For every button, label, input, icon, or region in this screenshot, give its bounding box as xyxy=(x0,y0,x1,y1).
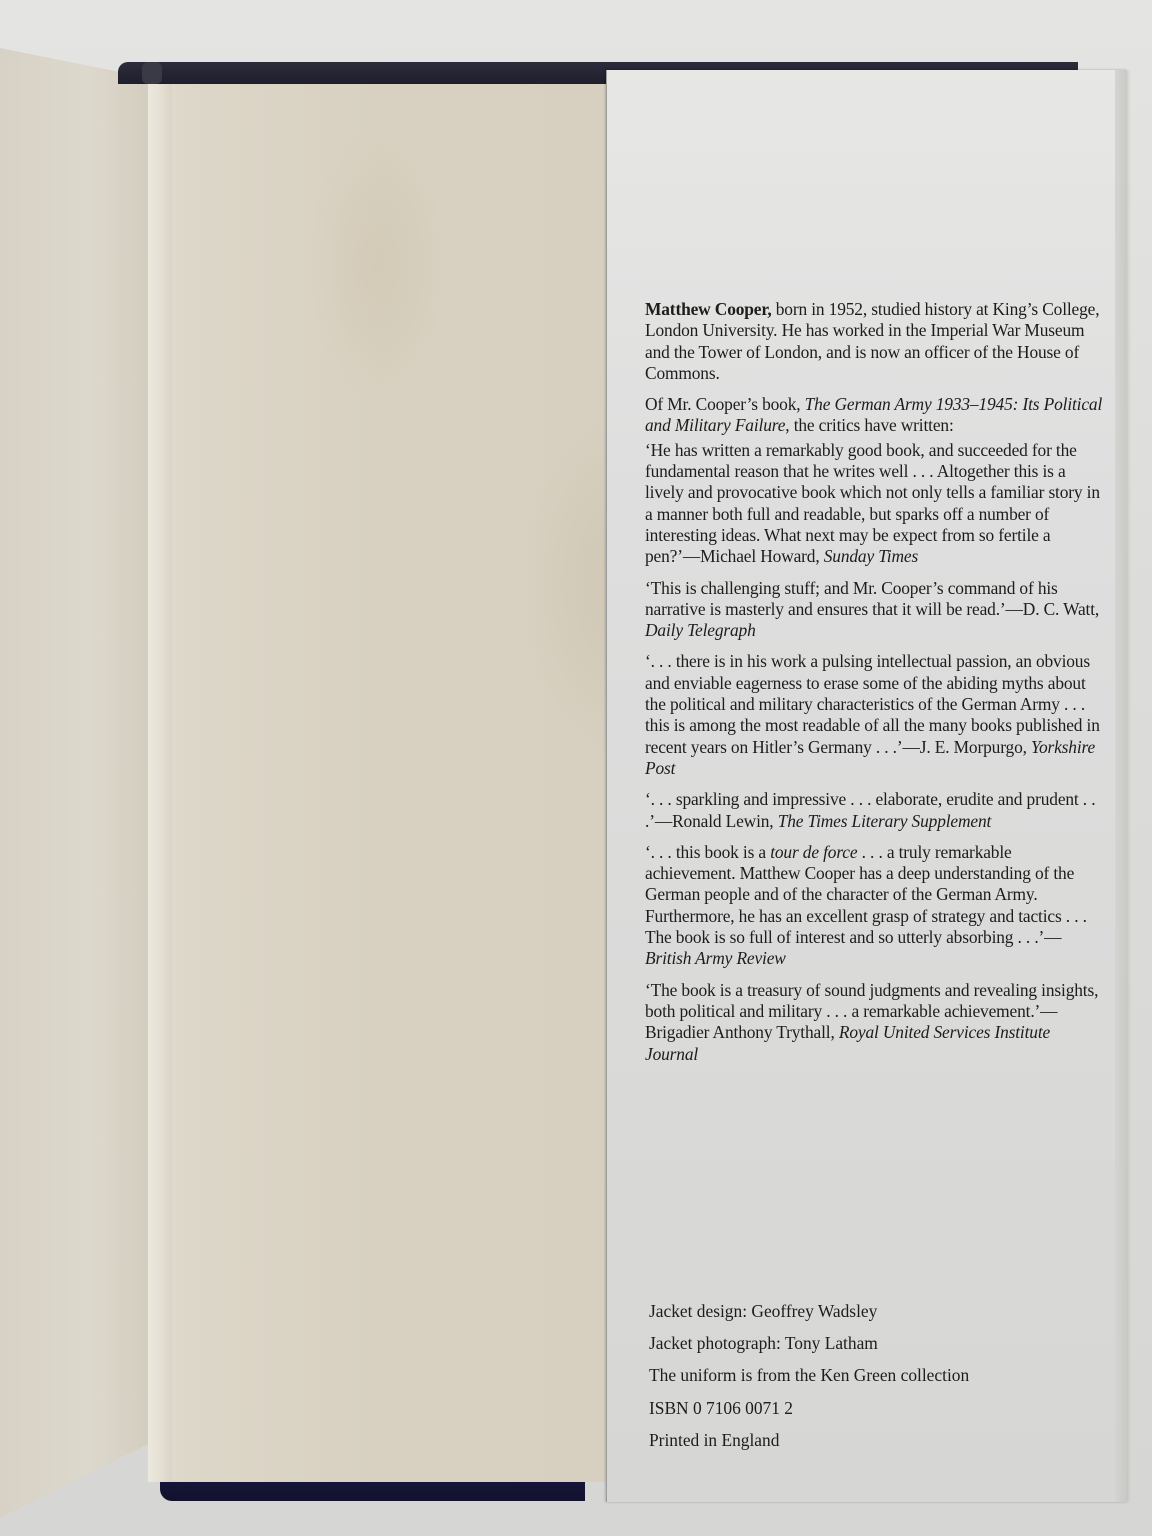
credit-jacket-design: Jacket design: Geoffrey Wadsley xyxy=(649,1295,1109,1327)
quote-source: The Times Literary Supplement xyxy=(778,811,992,831)
dust-jacket-flap: Matthew Cooper, born in 1952, studied hi… xyxy=(606,70,1127,1502)
review-quote: ‘. . . sparkling and impressive . . . el… xyxy=(645,789,1105,832)
intro-prefix: Of Mr. Cooper’s book, xyxy=(645,394,805,414)
quote-text: ‘. . . this book is a xyxy=(645,842,770,862)
jacket-credits: Jacket design: Geoffrey Wadsley Jacket p… xyxy=(649,1295,1109,1456)
quote-emphasis: tour de force xyxy=(770,842,857,862)
endpaper-hinge xyxy=(148,84,172,1482)
author-bio: Matthew Cooper, born in 1952, studied hi… xyxy=(645,299,1105,384)
printed-in: Printed in England xyxy=(649,1424,1109,1456)
author-name: Matthew Cooper, xyxy=(645,299,772,319)
review-quote: ‘. . . this book is a tour de force . . … xyxy=(645,842,1105,970)
flap-fold-edge xyxy=(1115,70,1127,1502)
isbn: ISBN 0 7106 0071 2 xyxy=(649,1392,1109,1424)
book-board-bottom-edge xyxy=(160,1479,585,1501)
pastedown-endpaper xyxy=(148,84,608,1482)
quote-text: ‘This is challenging stuff; and Mr. Coop… xyxy=(645,578,1099,619)
credit-uniform: The uniform is from the Ken Green collec… xyxy=(649,1359,1109,1391)
flap-text: Matthew Cooper, born in 1952, studied hi… xyxy=(645,299,1105,1075)
credit-jacket-photograph: Jacket photograph: Tony Latham xyxy=(649,1327,1109,1359)
headband xyxy=(142,62,162,84)
review-quote: ‘. . . there is in his work a pulsing in… xyxy=(645,651,1105,779)
intro-suffix: , the critics have written: xyxy=(785,415,953,435)
review-quote: ‘The book is a treasury of sound judgmen… xyxy=(645,980,1105,1065)
quote-source: Sunday Times xyxy=(824,546,918,566)
quote-source: British Army Review xyxy=(645,948,786,968)
free-endpaper-page xyxy=(0,48,150,1536)
review-quote: ‘He has written a remarkably good book, … xyxy=(645,440,1105,568)
quote-source: Daily Telegraph xyxy=(645,620,756,640)
reviews-intro: Of Mr. Cooper’s book, The German Army 19… xyxy=(645,394,1105,437)
review-quote: ‘This is challenging stuff; and Mr. Coop… xyxy=(645,578,1105,642)
